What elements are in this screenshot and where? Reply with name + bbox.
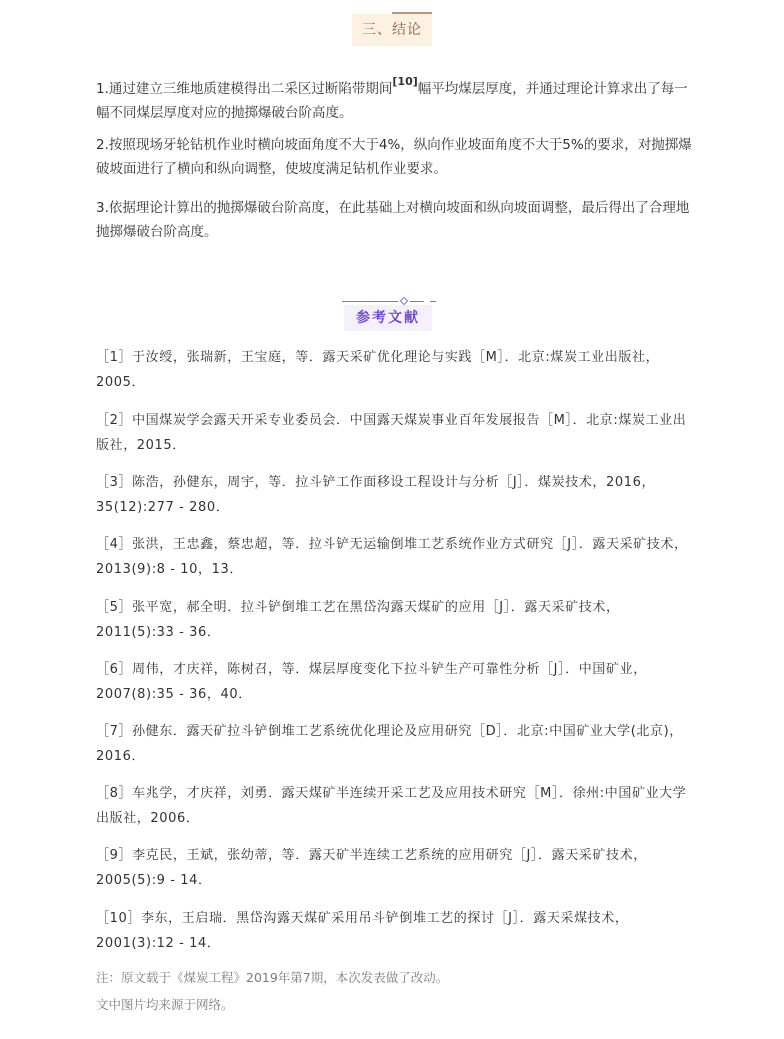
article-page: 三、结论 1.通过建立三维地质建模得出二采区过断陷带期间[10]幅平均煤层厚度，… (0, 0, 784, 1039)
reference-item: ［4］张洪，王忠鑫，蔡忠超，等．拉斗铲无运输倒堆工艺系统作业方式研究［J］．露天… (96, 532, 696, 582)
conclusion-item-1: 1.通过建立三维地质建模得出二采区过断陷带期间[10]幅平均煤层厚度，并通过理论… (96, 70, 696, 125)
diamond-icon (400, 297, 408, 305)
reference-item: ［8］车兆学，才庆祥，刘勇．露天煤矿半连续开采工艺及应用技术研究［M］．徐州:中… (96, 781, 696, 831)
references-section-header: 参考文献 (342, 295, 438, 331)
decorative-line (342, 301, 398, 302)
reference-item: ［10］李东，王启瑞．黑岱沟露天煤矿采用吊斗铲倒堆工艺的探讨［J］．露天采煤技术… (96, 906, 696, 956)
conclusion-item-2: 2.按照现场牙轮钻机作业时横向坡面角度不大于4%，纵向作业坡面角度不大于5%的要… (96, 133, 696, 181)
conclusion-item-text: 1.通过建立三维地质建模得出二采区过断陷带期间 (96, 81, 392, 97)
reference-item: ［1］于汝绶，张瑞新，王宝庭，等．露天采矿优化理论与实践［M］．北京:煤炭工业出… (96, 345, 696, 395)
reference-item: ［9］李克民，王斌，张幼蒂，等．露天矿半连续工艺系统的应用研究［J］．露天采矿技… (96, 843, 696, 893)
image-source-note: 文中图片均来源于网络。 (96, 992, 696, 1018)
reference-item: ［6］周伟，才庆祥，陈树召，等．煤层厚度变化下拉斗铲生产可靠性分析［J］．中国矿… (96, 657, 696, 707)
reference-item: ［2］中国煤炭学会露天开采专业委员会．中国露天煤炭事业百年发展报告［M］．北京:… (96, 408, 696, 458)
references-title: 参考文献 (344, 305, 432, 331)
decorative-line (410, 301, 424, 302)
reference-item: ［7］孙健东．露天矿拉斗铲倒堆工艺系统优化理论及应用研究［D］．北京:中国矿业大… (96, 719, 696, 769)
decorative-line (430, 301, 436, 302)
conclusion-item-3: 3.依据理论计算出的抛掷爆破台阶高度，在此基础上对横向坡面和纵向坡面调整，最后得… (96, 196, 696, 244)
conclusion-title: 三、结论 (352, 14, 432, 46)
reference-item: ［3］陈浩，孙健东，周宇，等．拉斗铲工作面移设工程设计与分析［J］．煤炭技术，2… (96, 470, 696, 520)
source-note: 注：原文载于《煤炭工程》2019年第7期，本次发表做了改动。 (96, 965, 696, 991)
citation-superscript[interactable]: [10] (392, 75, 417, 88)
reference-item: ［5］张平宽，郝全明．拉斗铲倒堆工艺在黑岱沟露天煤矿的应用［J］．露天采矿技术，… (96, 595, 696, 645)
conclusion-section-header: 三、结论 (352, 12, 432, 46)
